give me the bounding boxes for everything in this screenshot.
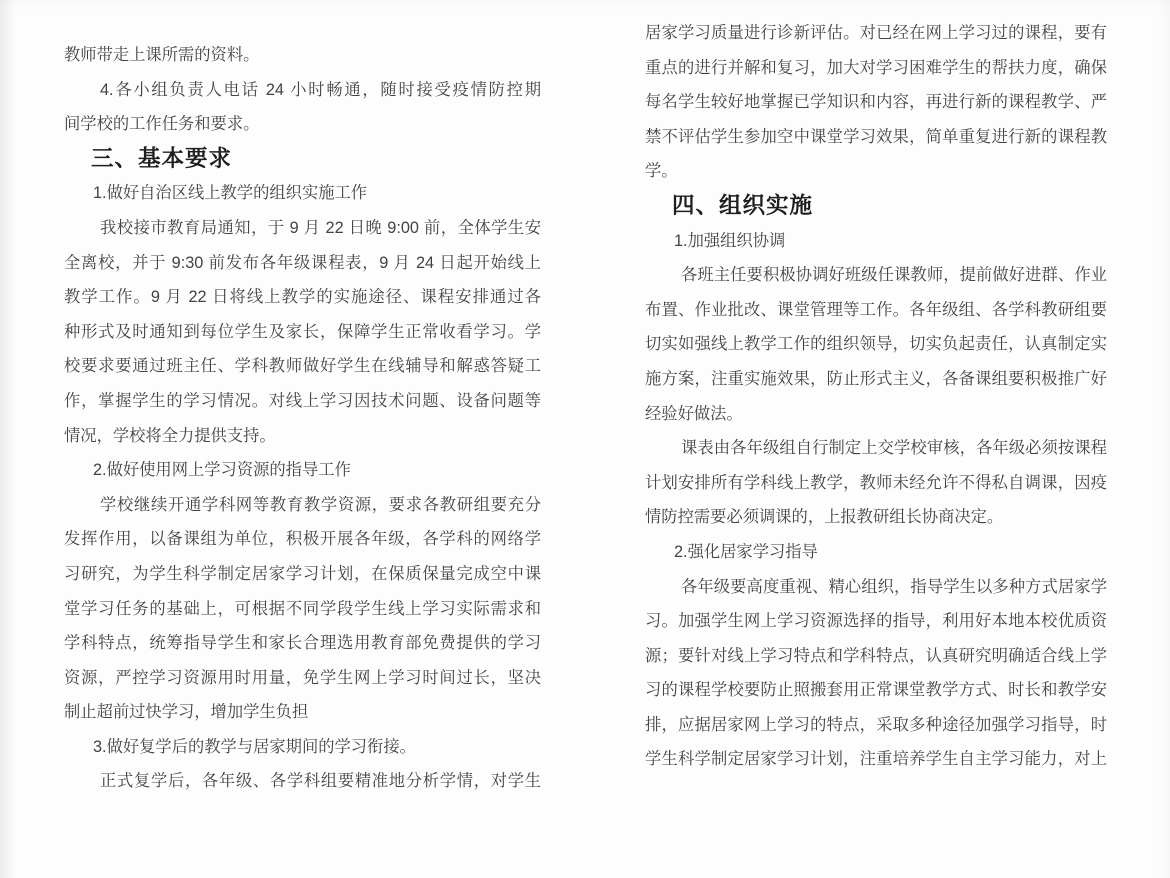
text-line: 3.做好复学后的教学与居家期间的学习衔接。 xyxy=(64,730,541,765)
text-line: 制止超前过快学习，增加学生负担 xyxy=(64,695,541,730)
text-line: 学科特点，统筹指导学生和家长合理选用教育部免费提供的学习 xyxy=(64,626,541,661)
text-line: 各班主任要积极协调好班级任课教师，提前做好进群、作业 xyxy=(645,258,1107,293)
text-line: 各年级要高度重视、精心组织，指导学生以多种方式居家学 xyxy=(645,570,1107,605)
text-line: 校要求要通过班主任、学科教师做好学生在线辅导和解惑答疑工 xyxy=(64,349,541,384)
text-line: 禁不评估学生参加空中课堂学习效果，简单重复进行新的课程教 xyxy=(645,120,1107,155)
text-line: 排，应据居家网上学习的特点，采取多种途径加强学习指导，时 xyxy=(645,708,1107,743)
text-line: 情防控需要必须调课的，上报教研组长协商决定。 xyxy=(645,500,1107,535)
text-line: 习研究，为学生科学制定居家学习计划，在保质保量完成空中课 xyxy=(64,557,541,592)
text-line: 课表由各年级组自行制定上交学校审核，各年级必须按课程 xyxy=(645,431,1107,466)
text-line: 教师带走上课所需的资料。 xyxy=(64,38,541,73)
section-heading: 四、组织实施 xyxy=(645,189,1107,224)
text-line: 学生科学制定居家学习计划，注重培养学生自主学习能力，对上 xyxy=(645,742,1107,777)
text-line: 我校接市教育局通知，于 9 月 22 日晚 9:00 前，全体学生安 xyxy=(64,211,541,246)
text-line: 2.强化居家学习指导 xyxy=(645,535,1107,570)
text-line: 堂学习任务的基础上，可根据不同学段学生线上学习实际需求和 xyxy=(64,592,541,627)
text-line: 每名学生较好地掌握已学知识和内容，再进行新的课程教学、严 xyxy=(645,85,1107,120)
text-line: 源；要针对线上学习特点和学科特点，认真研究明确适合线上学 xyxy=(645,639,1107,674)
page-right-column: 居家学习质量进行诊新评估。对已经在网上学习过的课程，要有重点的进行并解和复习，加… xyxy=(645,0,1107,777)
text-line: 正式复学后，各年级、各学科组要精准地分析学情，对学生 xyxy=(64,764,541,799)
text-line: 资源，严控学习资源用时用量，免学生网上学习时间过长，坚决 xyxy=(64,661,541,696)
text-line: 习。加强学生网上学习资源选择的指导，利用好本地本校优质资 xyxy=(645,604,1107,639)
page-left-column: 教师带走上课所需的资料。4.各小组负责人电话 24 小时畅通，随时接受疫情防控期… xyxy=(64,0,541,799)
text-line: 情况，学校将全力提供支持。 xyxy=(64,419,541,454)
text-line: 学校继续开通学科网等教育教学资源，要求各教研组要充分 xyxy=(64,488,541,523)
text-line: 种形式及时通知到每位学生及家长，保障学生正常收看学习。学 xyxy=(64,315,541,350)
text-line: 间学校的工作任务和要求。 xyxy=(64,107,541,142)
text-line: 2.做好使用网上学习资源的指导工作 xyxy=(64,453,541,488)
text-line: 全离校，并于 9:30 前发布各年级课程表，9 月 24 日起开始线上 xyxy=(64,246,541,281)
text-line: 作，掌握学生的学习情况。对线上学习因技术问题、设备问题等 xyxy=(64,384,541,419)
text-line: 施方案，注重实施效果，防止形式主义，各备课组要积极推广好 xyxy=(645,362,1107,397)
text-line: 经验好做法。 xyxy=(645,397,1107,432)
text-line: 切实如强线上教学工作的组织领导，切实负起责任，认真制定实 xyxy=(645,327,1107,362)
text-line: 发挥作用，以备课组为单位，积极开展各年级，各学科的网络学 xyxy=(64,522,541,557)
text-line: 1.加强组织协调 xyxy=(645,224,1107,259)
text-line: 1.做好自治区线上教学的组织实施工作 xyxy=(64,176,541,211)
text-line: 计划安排所有学科线上教学，教师未经允许不得私自调课，因疫 xyxy=(645,466,1107,501)
text-line: 习的课程学校要防止照搬套用正常课堂教学方式、时长和教学安 xyxy=(645,673,1107,708)
text-line: 重点的进行并解和复习，加大对学习困难学生的帮扶力度，确保 xyxy=(645,51,1107,86)
text-line: 教学工作。9 月 22 日将线上教学的实施途径、课程安排通过各 xyxy=(64,280,541,315)
text-line: 布置、作业批改、课堂管理等工作。各年级组、各学科教研组要 xyxy=(645,293,1107,328)
text-line: 学。 xyxy=(645,154,1107,189)
document-page: 教师带走上课所需的资料。4.各小组负责人电话 24 小时畅通，随时接受疫情防控期… xyxy=(0,0,1170,878)
text-line: 居家学习质量进行诊新评估。对已经在网上学习过的课程，要有 xyxy=(645,16,1107,51)
section-heading: 三、基本要求 xyxy=(64,142,541,177)
text-line: 4.各小组负责人电话 24 小时畅通，随时接受疫情防控期 xyxy=(64,73,541,108)
